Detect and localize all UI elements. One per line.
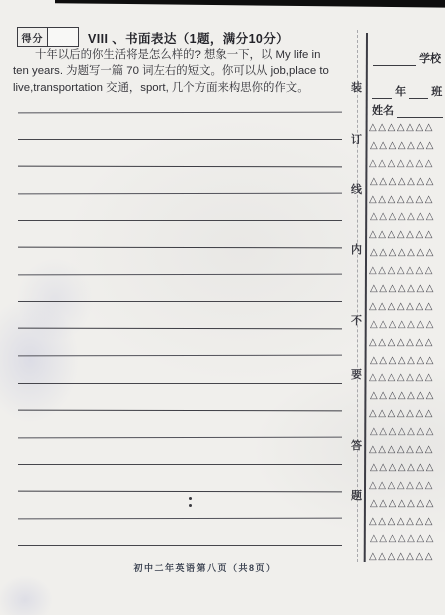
triangle-row: △△△△△△△ (369, 191, 445, 209)
name-blank-line (397, 106, 443, 118)
ink-smudge-mark (189, 497, 192, 500)
triangle-row: △△△△△△△ (370, 137, 445, 155)
name-field: 姓名 (372, 102, 443, 118)
school-field: 学校 (373, 50, 441, 66)
school-label: 学校 (419, 53, 441, 65)
answer-line (18, 165, 342, 167)
triangle-row: △△△△△△△ (369, 298, 445, 316)
answer-line (18, 464, 342, 465)
triangle-row: △△△△△△△ (370, 459, 445, 477)
triangle-row: △△△△△△△ (370, 316, 445, 334)
triangle-row: △△△△△△△ (369, 441, 445, 459)
binding-text-char: 不 (350, 312, 363, 328)
answer-line (18, 355, 342, 357)
answer-line (18, 192, 342, 194)
binding-text-char: 内 (350, 241, 363, 257)
binding-divider-line (363, 33, 367, 562)
answer-line (18, 490, 342, 492)
triangle-row: △△△△△△△ (369, 477, 445, 495)
answer-line (18, 220, 342, 221)
binding-text-char: 订 (350, 131, 363, 147)
answer-line (18, 301, 342, 302)
triangle-row: △△△△△△△ (370, 173, 445, 191)
binding-text-char: 线 (350, 181, 363, 197)
answer-lines-area (0, 0, 360, 615)
triangle-row: △△△△△△△ (369, 513, 445, 531)
triangle-row: △△△△△△△ (370, 495, 445, 513)
name-label: 姓名 (372, 105, 394, 117)
year-class-field: 年 班 (372, 83, 442, 99)
year-blank-line (372, 87, 392, 99)
school-blank-line (373, 54, 416, 66)
answer-line (18, 139, 342, 140)
page-footer: 初中二年英语第八页（共8页） (40, 561, 370, 574)
answer-line (18, 409, 342, 411)
answer-line (18, 247, 342, 249)
binding-dashed-line (357, 30, 358, 562)
binding-text-char: 装 (350, 79, 363, 95)
triangle-row: △△△△△△△ (369, 548, 445, 566)
binding-text-char: 题 (350, 487, 363, 503)
triangle-row: △△△△△△△ (370, 244, 445, 262)
answer-line (18, 274, 342, 276)
triangle-row: △△△△△△△ (369, 369, 445, 387)
triangle-row: △△△△△△△ (370, 208, 445, 226)
answer-line (18, 383, 342, 384)
triangle-row: △△△△△△△ (369, 262, 445, 280)
triangle-row: △△△△△△△ (369, 405, 445, 423)
class-blank-line (409, 87, 428, 99)
triangle-row: △△△△△△△ (369, 155, 445, 173)
triangle-row: △△△△△△△ (370, 280, 445, 298)
answer-line (18, 545, 342, 546)
triangle-row: △△△△△△△ (370, 530, 445, 548)
triangle-row: △△△△△△△ (369, 226, 445, 244)
binding-text-char: 答 (350, 437, 363, 453)
class-label: 班 (431, 86, 442, 98)
answer-line (18, 436, 342, 438)
answer-line (18, 328, 342, 330)
triangle-row: △△△△△△△ (370, 352, 445, 370)
triangle-row: △△△△△△△ (369, 334, 445, 352)
triangle-pattern-grid: △△△△△△△△△△△△△△△△△△△△△△△△△△△△△△△△△△△△△△△△… (369, 119, 445, 566)
answer-line (18, 111, 342, 113)
binding-text-char: 要 (350, 366, 363, 382)
triangle-row: △△△△△△△ (369, 119, 445, 137)
answer-line (18, 518, 342, 520)
triangle-row: △△△△△△△ (370, 423, 445, 441)
triangle-row: △△△△△△△ (370, 387, 445, 405)
year-label: 年 (395, 86, 406, 98)
exam-page-scan: 得分 VIII 、书面表达（1题，满分10分） 十年以后的你生活将是怎么样的? … (0, 0, 445, 615)
